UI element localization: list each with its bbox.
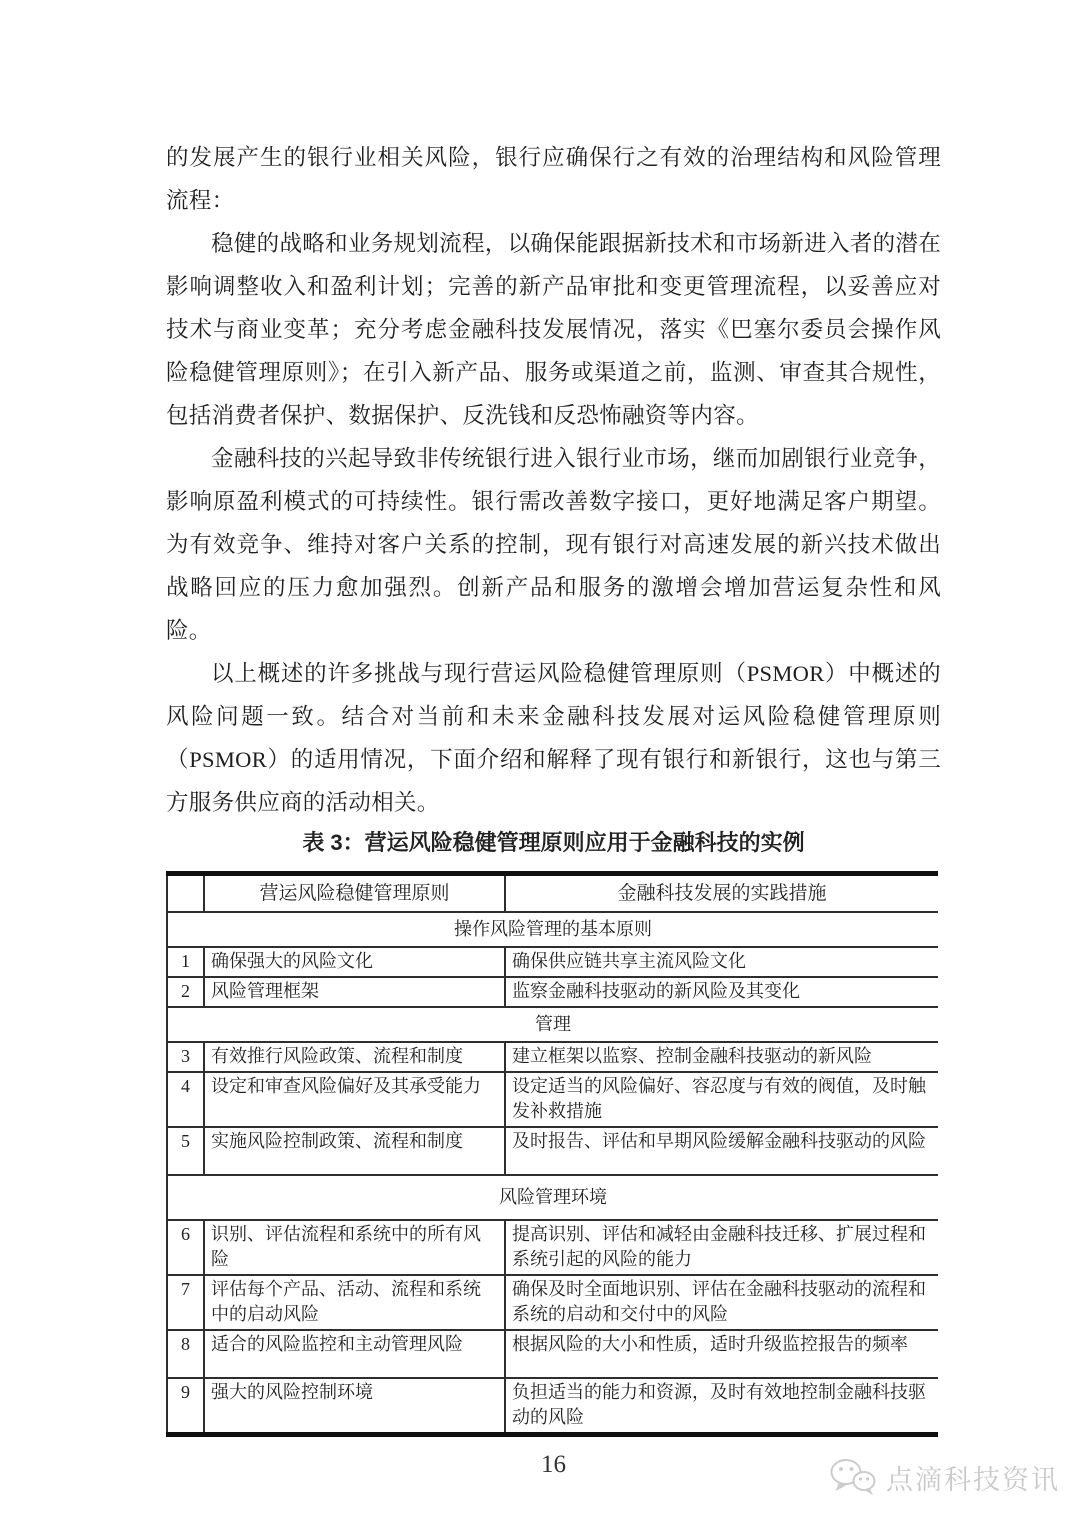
practice-cell: 设定适当的风险偏好、容忍度与有效的阀值，及时触发补救措施 — [505, 1072, 938, 1127]
table-row: 5实施风险控制政策、流程和制度及时报告、评估和早期风险缓解金融科技驱动的风险 — [167, 1127, 938, 1175]
practice-cell: 确保供应链共享主流风险文化 — [505, 947, 938, 977]
table-row: 7评估每个产品、活动、流程和系统中的启动风险确保及时全面地识别、评估在金融科技驱… — [167, 1275, 938, 1330]
watermark-text: 点滴科技资讯 — [886, 1458, 1060, 1497]
table-body: 操作风险管理的基本原则1确保强大的风险文化确保供应链共享主流风险文化2风险管理框… — [167, 912, 938, 1435]
practice-cell: 负担适当的能力和资源，及时有效地控制金融科技驱动的风险 — [505, 1378, 938, 1435]
row-number: 9 — [167, 1378, 204, 1435]
wechat-icon — [829, 1457, 877, 1497]
document-page: 的发展产生的银行业相关风险，银行应确保行之有效的治理结构和风险管理流程： 稳健的… — [0, 0, 1080, 1527]
table-title: 表 3：营运风险稳健管理原则应用于金融科技的实例 — [166, 828, 941, 858]
principle-cell: 有效推行风险政策、流程和制度 — [204, 1042, 505, 1072]
row-number: 6 — [167, 1220, 204, 1275]
principle-cell: 识别、评估流程和系统中的所有风险 — [204, 1220, 505, 1275]
table-section-row: 管理 — [167, 1007, 938, 1042]
principle-cell: 评估每个产品、活动、流程和系统中的启动风险 — [204, 1275, 505, 1330]
paragraph-fintech-rise: 金融科技的兴起导致非传统银行进入银行业市场，继而加剧银行业竞争，影响原盈利模式的… — [166, 437, 941, 652]
principle-cell: 确保强大的风险文化 — [204, 947, 505, 977]
practice-cell: 确保及时全面地识别、评估在金融科技驱动的流程和系统的启动和交付中的风险 — [505, 1275, 938, 1330]
col-header-principle: 营运风险稳健管理原则 — [204, 874, 505, 913]
paragraph-psmor-challenges: 以上概述的许多挑战与现行营运风险稳健管理原则（PSMOR）中概述的风险问题一致。… — [166, 652, 941, 824]
table-row: 9强大的风险控制环境负担适当的能力和资源，及时有效地控制金融科技驱动的风险 — [167, 1378, 938, 1435]
col-header-number — [167, 874, 204, 913]
principle-cell: 风险管理框架 — [204, 977, 505, 1007]
principle-cell: 设定和审查风险偏好及其承受能力 — [204, 1072, 505, 1127]
table-row: 2风险管理框架监察金融科技驱动的新风险及其变化 — [167, 977, 938, 1007]
table-section-row: 操作风险管理的基本原则 — [167, 912, 938, 947]
row-number: 7 — [167, 1275, 204, 1330]
practice-cell: 及时报告、评估和早期风险缓解金融科技驱动的风险 — [505, 1127, 938, 1175]
table-section-row: 风险管理环境 — [167, 1175, 938, 1220]
page-number: 16 — [166, 1451, 941, 1479]
paragraph-planning-process: 稳健的战略和业务规划流程，以确保能跟据新技术和市场新进入者的潜在影响调整收入和盈… — [166, 222, 941, 437]
practice-cell: 提高识别、评估和减轻由金融科技迁移、扩展过程和系统引起的风险的能力 — [505, 1220, 938, 1275]
principle-cell: 强大的风险控制环境 — [204, 1378, 505, 1435]
row-number: 8 — [167, 1330, 204, 1378]
table-section-label: 风险管理环境 — [167, 1175, 938, 1220]
practice-cell: 根据风险的大小和性质，适时升级监控报告的频率 — [505, 1330, 938, 1378]
practice-cell: 监察金融科技驱动的新风险及其变化 — [505, 977, 938, 1007]
watermark: 点滴科技资讯 — [829, 1457, 1060, 1497]
table-section-label: 操作风险管理的基本原则 — [167, 912, 938, 947]
principles-table: 营运风险稳健管理原则 金融科技发展的实践措施 操作风险管理的基本原则1确保强大的… — [166, 871, 938, 1437]
table-row: 8适合的风险监控和主动管理风险根据风险的大小和性质，适时升级监控报告的频率 — [167, 1330, 938, 1378]
col-header-practice: 金融科技发展的实践措施 — [505, 874, 938, 913]
table-header-row: 营运风险稳健管理原则 金融科技发展的实践措施 — [167, 874, 938, 913]
table-row: 1确保强大的风险文化确保供应链共享主流风险文化 — [167, 947, 938, 977]
principle-cell: 适合的风险监控和主动管理风险 — [204, 1330, 505, 1378]
row-number: 5 — [167, 1127, 204, 1175]
row-number: 3 — [167, 1042, 204, 1072]
practice-cell: 建立框架以监察、控制金融科技驱动的新风险 — [505, 1042, 938, 1072]
row-number: 1 — [167, 947, 204, 977]
paragraph-continuation: 的发展产生的银行业相关风险，银行应确保行之有效的治理结构和风险管理流程： — [166, 136, 941, 222]
row-number: 4 — [167, 1072, 204, 1127]
page-content: 的发展产生的银行业相关风险，银行应确保行之有效的治理结构和风险管理流程： 稳健的… — [166, 136, 941, 1479]
principle-cell: 实施风险控制政策、流程和制度 — [204, 1127, 505, 1175]
table-row: 4设定和审查风险偏好及其承受能力设定适当的风险偏好、容忍度与有效的阀值，及时触发… — [167, 1072, 938, 1127]
row-number: 2 — [167, 977, 204, 1007]
table-section-label: 管理 — [167, 1007, 938, 1042]
table-row: 6识别、评估流程和系统中的所有风险提高识别、评估和减轻由金融科技迁移、扩展过程和… — [167, 1220, 938, 1275]
table-row: 3有效推行风险政策、流程和制度建立框架以监察、控制金融科技驱动的新风险 — [167, 1042, 938, 1072]
